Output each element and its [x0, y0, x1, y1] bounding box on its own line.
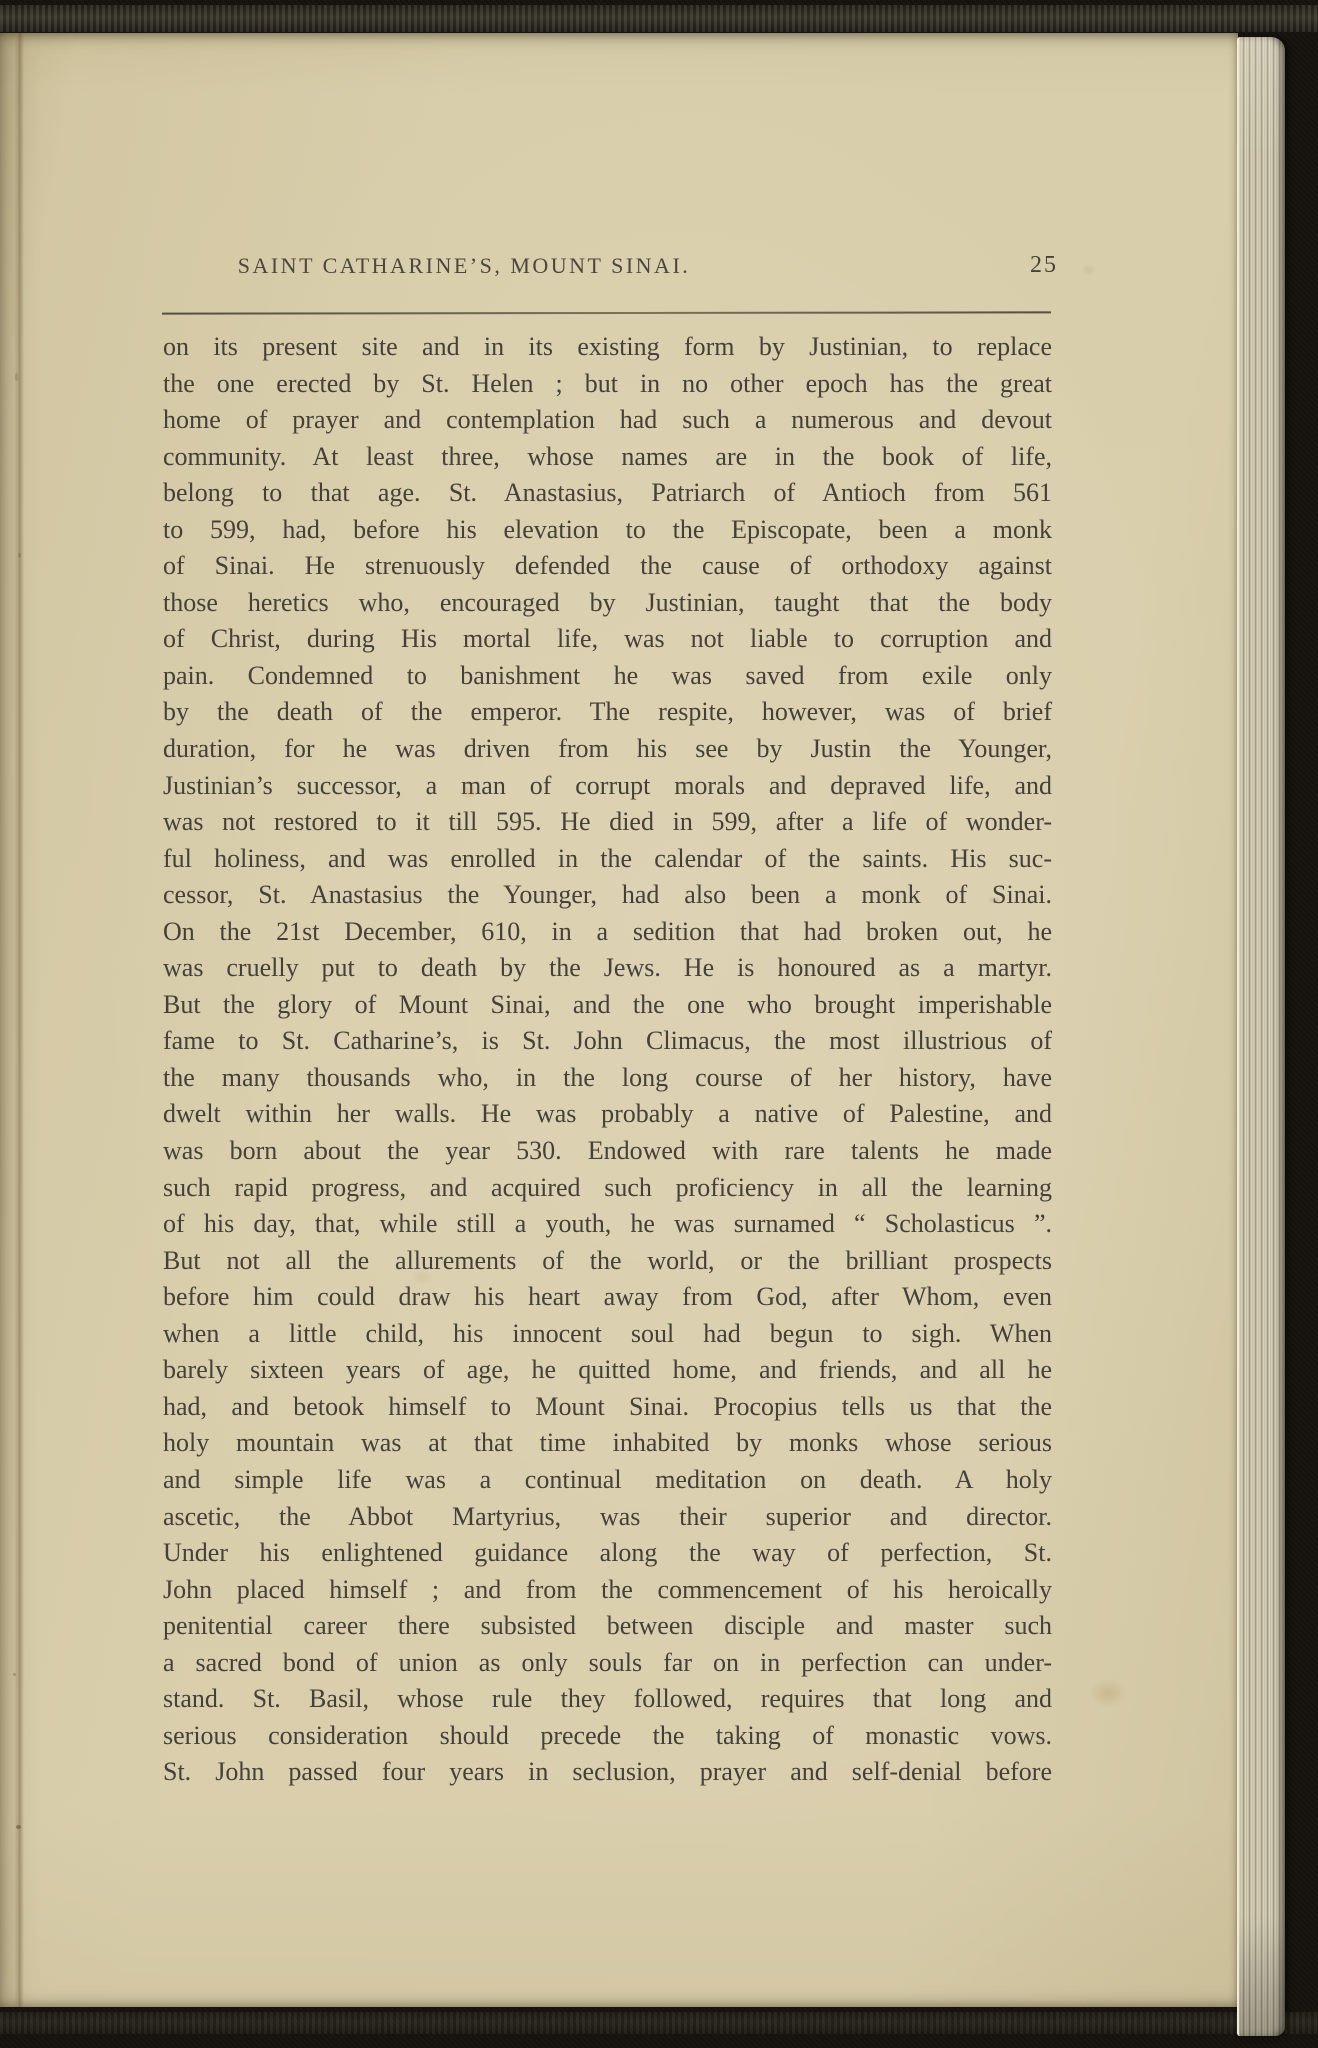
text-line: a sacred bond of union as only souls far… — [163, 1645, 1052, 1682]
text-line: duration, for he was driven from his see… — [163, 731, 1052, 768]
page-text: on its present site and in its existing … — [163, 329, 1052, 1791]
page-stack-edge — [1237, 37, 1285, 2036]
text-line: John placed himself ; and from the comme… — [163, 1572, 1052, 1609]
text-line: before him could draw his heart away fro… — [163, 1279, 1052, 1316]
text-line: cessor, St. Anastasius the Younger, had … — [163, 877, 1052, 914]
text-line: serious consideration should precede the… — [163, 1718, 1052, 1755]
text-line: was not restored to it till 595. He died… — [163, 804, 1052, 841]
page-number: 25 — [1030, 252, 1058, 279]
text-line: dwelt within her walls. He was probably … — [163, 1096, 1052, 1133]
margin-speck — [16, 1825, 21, 1829]
text-line: had, and betook himself to Mount Sinai. … — [163, 1389, 1052, 1426]
header-rule — [162, 311, 1051, 314]
text-line: such rapid progress, and acquired such p… — [163, 1170, 1052, 1207]
text-line: pain. Condemned to banishment he was sav… — [163, 658, 1052, 695]
text-line: ascetic, the Abbot Martyrius, was their … — [163, 1499, 1052, 1536]
cover-cloth-bottom — [0, 2012, 1318, 2034]
text-line: home of prayer and contemplation had suc… — [163, 402, 1052, 439]
text-line: by the death of the emperor. The respite… — [163, 694, 1052, 731]
gutter-crease — [14, 33, 24, 2007]
text-line: ful holiness, and was enrolled in the ca… — [163, 841, 1052, 878]
running-header: SAINT CATHARINE’S, MOUNT SINAI. — [238, 253, 691, 279]
margin-speck — [13, 1673, 16, 1676]
text-line: Under his enlightened guidance along the… — [163, 1535, 1052, 1572]
text-line: On the 21st December, 610, in a sedition… — [163, 914, 1052, 951]
text-line: of Christ, during His mortal life, was n… — [163, 621, 1052, 658]
text-line: St. John passed four years in seclusion,… — [163, 1754, 1052, 1791]
text-line: But not all the allurements of the world… — [163, 1243, 1052, 1280]
book-scan: { "page": { "header": { "title": "SAINT … — [0, 0, 1318, 2048]
text-line: when a little child, his innocent soul h… — [163, 1316, 1052, 1353]
text-line: Justinian’s successor, a man of corrupt … — [163, 768, 1052, 805]
paper-stain — [1078, 261, 1100, 279]
text-line: the one erected by St. Helen ; but in no… — [163, 366, 1052, 403]
text-line: belong to that age. St. Anastasius, Patr… — [163, 475, 1052, 512]
text-line: to 599, had, before his elevation to the… — [163, 512, 1052, 549]
text-line: But the glory of Mount Sinai, and the on… — [163, 987, 1052, 1024]
text-line: those heretics who, encouraged by Justin… — [163, 585, 1052, 622]
text-line: barely sixteen years of age, he quitted … — [163, 1352, 1052, 1389]
text-line: of Sinai. He strenuously defended the ca… — [163, 548, 1052, 585]
paper-stain — [1082, 1673, 1134, 1713]
text-line: was born about the year 530. Endowed wit… — [163, 1133, 1052, 1170]
text-line: penitential career there subsisted betwe… — [163, 1608, 1052, 1645]
book-page: SAINT CATHARINE’S, MOUNT SINAI. 25 on it… — [0, 33, 1238, 2007]
text-line: stand. St. Basil, whose rule they follow… — [163, 1681, 1052, 1718]
text-line: holy mountain was at that time inhabited… — [163, 1425, 1052, 1462]
margin-speck — [18, 553, 21, 558]
text-line: community. At least three, whose names a… — [163, 439, 1052, 476]
text-line: of his day, that, while still a youth, h… — [163, 1206, 1052, 1243]
text-line: on its present site and in its existing … — [163, 329, 1052, 366]
cover-cloth-top — [0, 5, 1318, 32]
text-line: fame to St. Catharine’s, is St. John Cli… — [163, 1023, 1052, 1060]
text-line: was cruelly put to death by the Jews. He… — [163, 950, 1052, 987]
text-line: the many thousands who, in the long cour… — [163, 1060, 1052, 1097]
text-line: and simple life was a continual meditati… — [163, 1462, 1052, 1499]
margin-speck — [15, 373, 18, 381]
